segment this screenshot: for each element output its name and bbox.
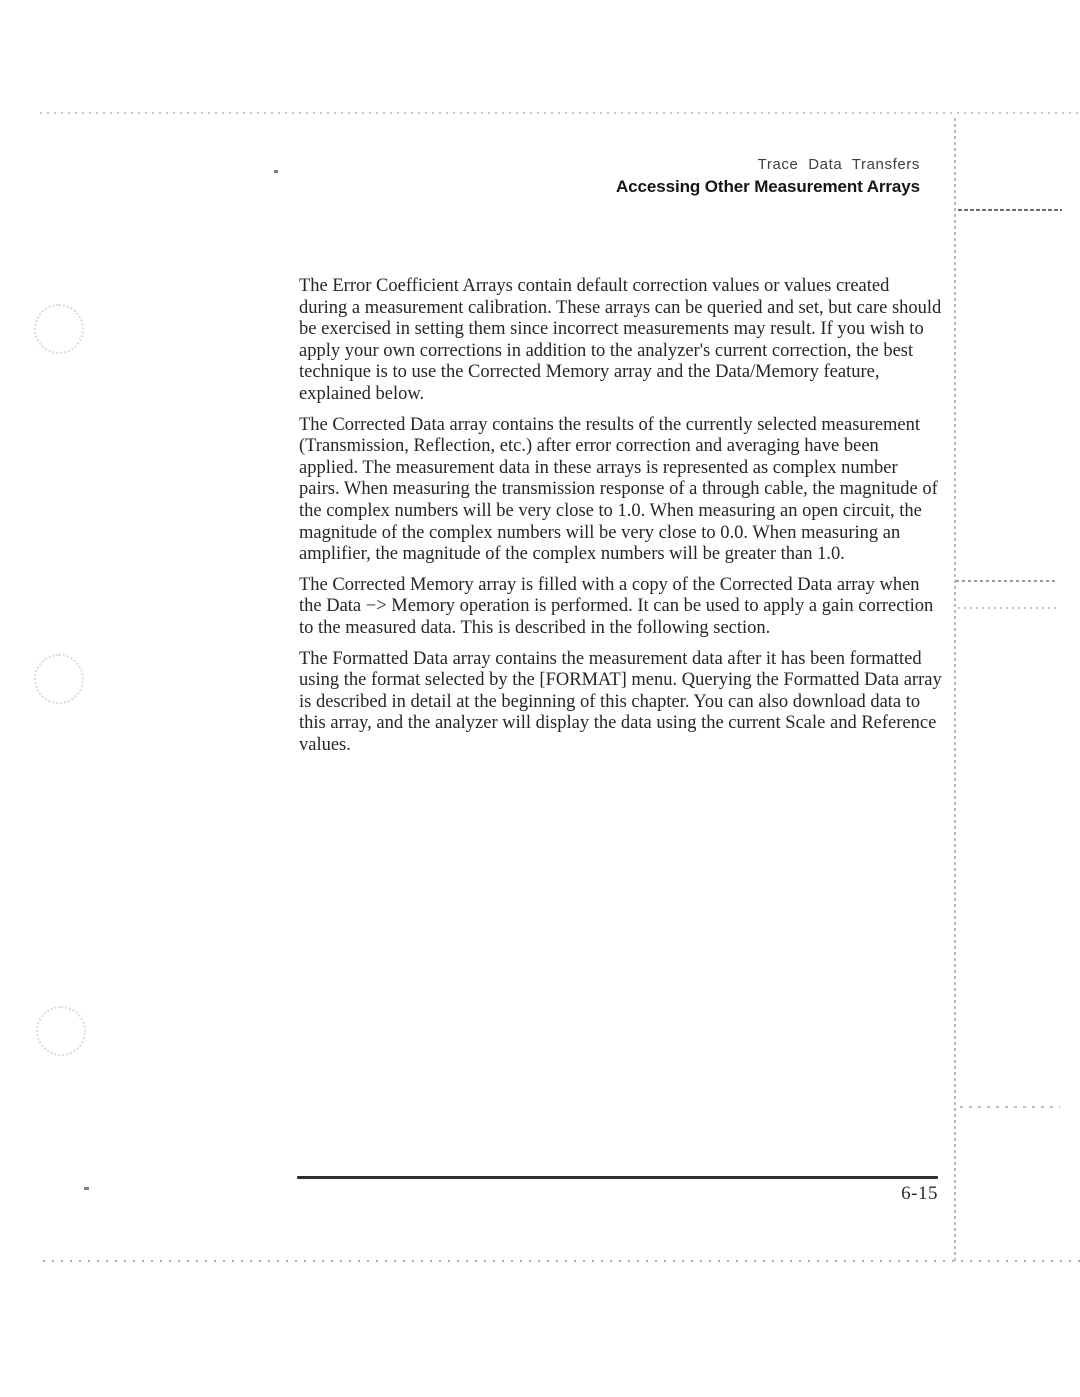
page-header: Trace Data Transfers Accessing Other Mea… [616,156,920,197]
scan-dash-right-middle-1 [956,580,1058,582]
punch-hole-artifact [34,304,84,354]
header-chapter-label: Trace Data Transfers [616,156,920,173]
footer-rule [297,1176,938,1179]
header-section-title: Accessing Other Measurement Arrays [616,177,920,197]
punch-hole-artifact [34,654,84,704]
body-paragraph: The Formatted Data array contains the me… [299,649,942,757]
body-text-column: The Error Coefficient Arrays contain def… [299,276,942,765]
punch-hole-artifact [36,1006,86,1056]
body-paragraph: The Corrected Memory array is filled wit… [299,575,942,640]
scan-dash-right-top [958,209,1062,211]
page-number: 6-15 [297,1183,938,1205]
scan-dotted-line-top [40,112,1080,114]
scan-speck [274,170,278,173]
scan-speck [84,1187,89,1190]
scanned-manual-page: Trace Data Transfers Accessing Other Mea… [0,0,1080,1397]
scan-dash-right-lower [960,1106,1060,1108]
scan-dotted-line-right [954,118,956,1261]
scan-dotted-line-bottom [43,1260,1080,1262]
body-paragraph: The Corrected Data array contains the re… [299,415,942,566]
scan-dash-right-middle-2 [958,607,1058,609]
body-paragraph: The Error Coefficient Arrays contain def… [299,276,942,406]
